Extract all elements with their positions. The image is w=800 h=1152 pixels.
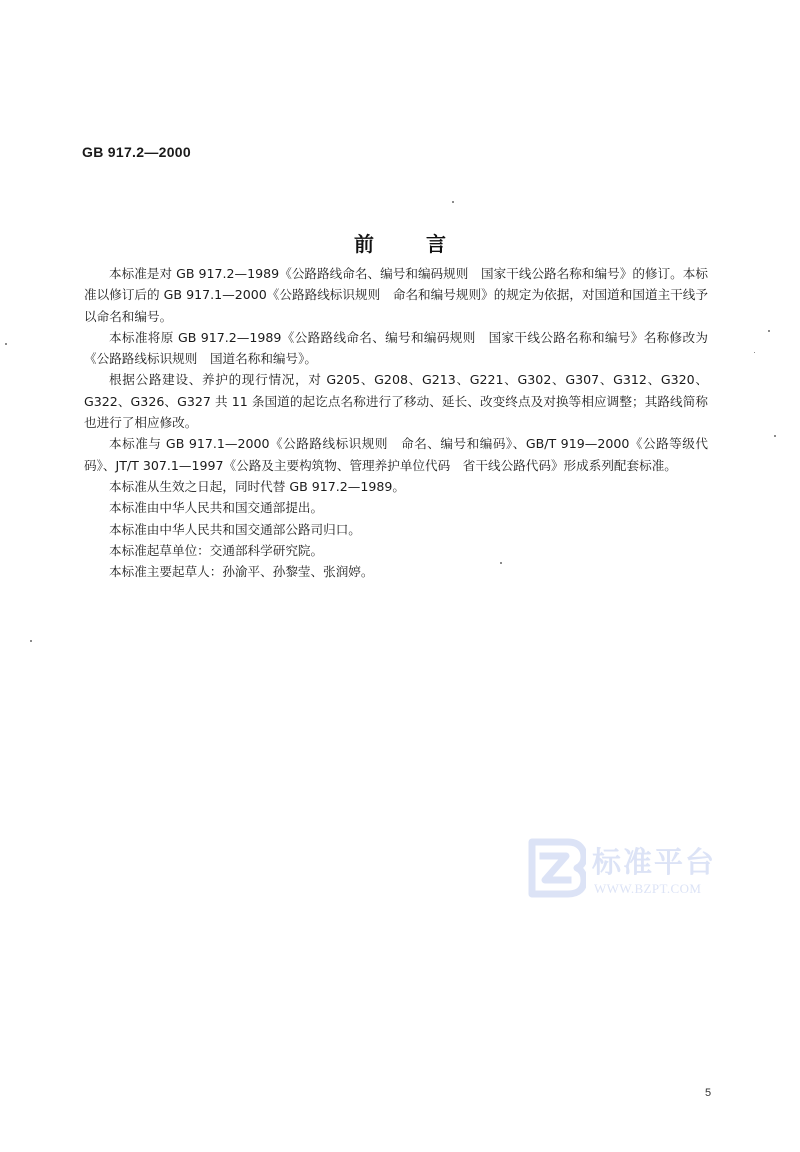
scan-speck	[452, 201, 454, 203]
paragraph-series: 本标准与 GB 917.1—2000《公路路线标识规则 命名、编号和编码》、GB…	[84, 433, 708, 476]
watermark-url: WWW.BZPT.COM	[594, 881, 701, 897]
watermark-title: 标准平台	[592, 840, 716, 881]
paragraph-drafting-unit: 本标准起草单位：交通部科学研究院。	[84, 540, 708, 561]
paragraph-drafters: 本标准主要起草人：孙渝平、孙黎莹、张润婷。	[84, 561, 708, 582]
paragraph-adjustments: 根据公路建设、养护的现行情况，对 G205、G208、G213、G221、G30…	[84, 369, 708, 433]
title-char-1: 前	[354, 232, 374, 256]
scan-speck	[5, 343, 7, 345]
watermark: 标准平台 WWW.BZPT.COM	[526, 838, 756, 908]
scan-speck	[500, 562, 502, 564]
scan-speck	[768, 330, 770, 332]
scan-speck	[30, 640, 32, 642]
paragraph-centralized-by: 本标准由中华人民共和国交通部公路司归口。	[84, 519, 708, 540]
paragraph-revision: 本标准是对 GB 917.2—1989《公路路线命名、编号和编码规则 国家干线公…	[84, 263, 708, 327]
paragraph-proposed-by: 本标准由中华人民共和国交通部提出。	[84, 497, 708, 518]
page-number: 5	[705, 1087, 711, 1099]
paragraph-rename: 本标准将原 GB 917.2—1989《公路路线命名、编号和编码规则 国家干线公…	[84, 327, 708, 370]
scan-speck	[754, 352, 755, 353]
title-char-2: 言	[426, 232, 446, 256]
page-title: 前言	[0, 228, 800, 257]
bzpt-logo-icon	[526, 838, 586, 898]
foreword-body: 本标准是对 GB 917.2—1989《公路路线命名、编号和编码规则 国家干线公…	[84, 263, 708, 582]
scan-speck	[774, 435, 776, 437]
standard-code: GB 917.2—2000	[82, 144, 191, 160]
paragraph-replaces: 本标准从生效之日起，同时代替 GB 917.2—1989。	[84, 476, 708, 497]
